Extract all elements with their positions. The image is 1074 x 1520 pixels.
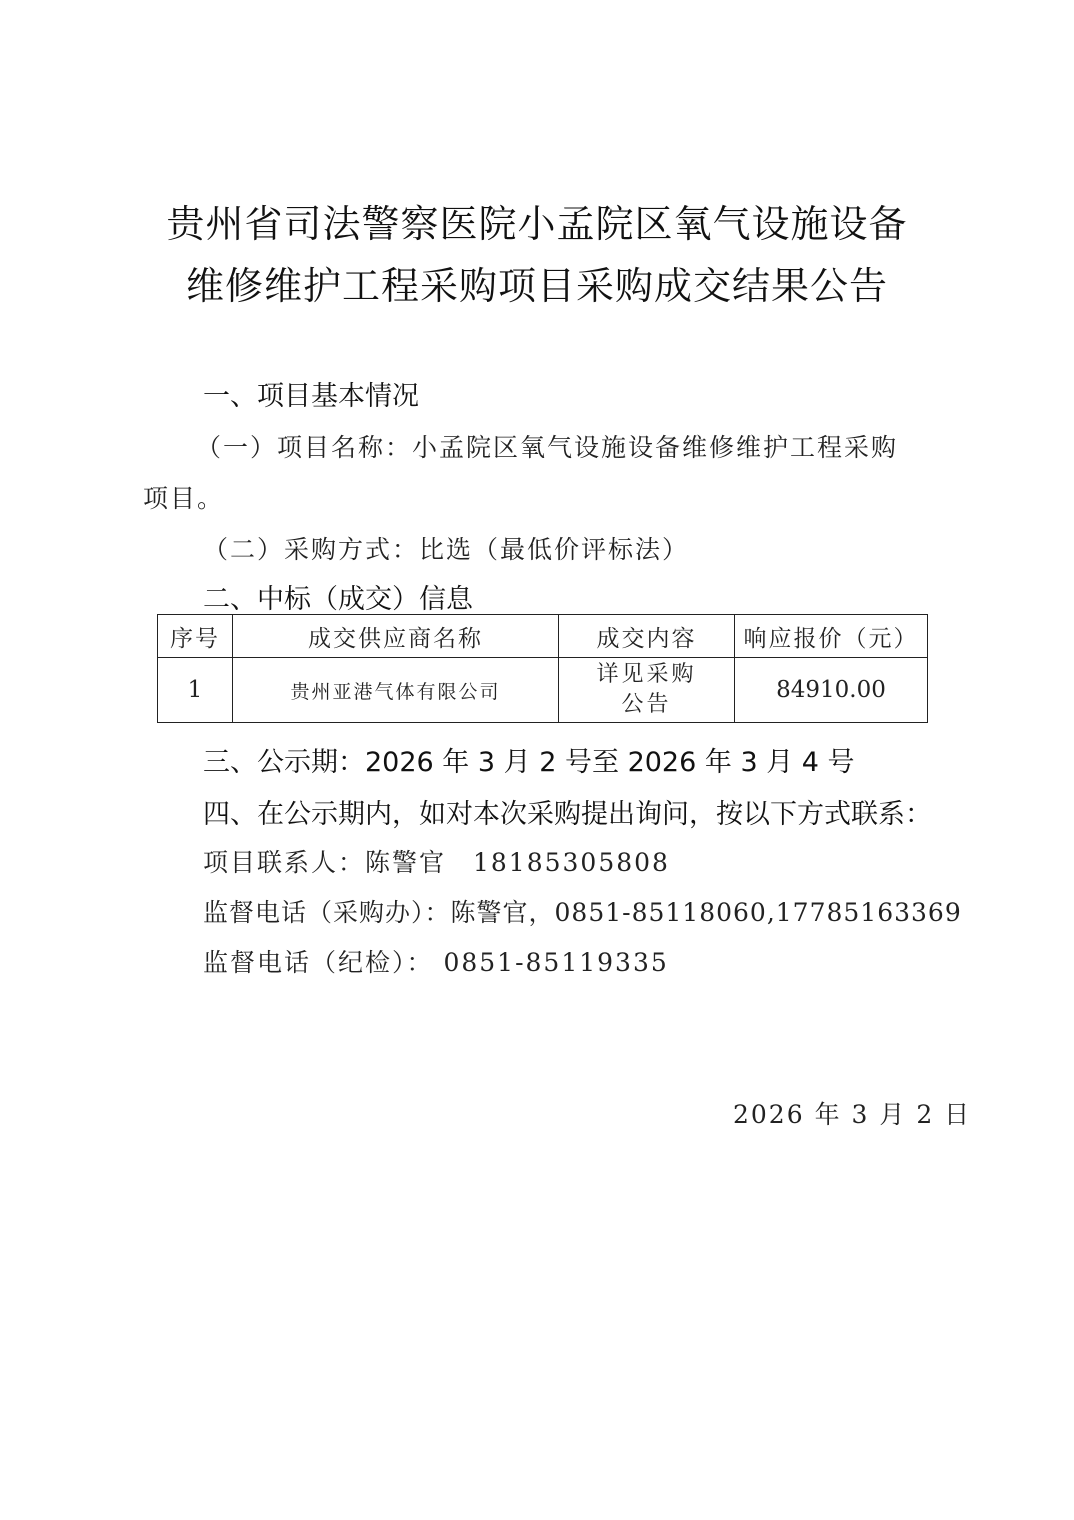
project-name-line-1: （一）项目名称：小孟院区氧气设施设备维修维护工程采购 bbox=[196, 428, 898, 464]
table-header-row: 序号 成交供应商名称 成交内容 响应报价（元） bbox=[158, 615, 928, 658]
cell-content-line-1: 详见采购 bbox=[559, 660, 734, 690]
section-2-heading: 二、中标（成交）信息 bbox=[203, 577, 473, 616]
announcement-date: 2026 年 3 月 2 日 bbox=[733, 1095, 971, 1131]
cell-supplier: 贵州亚港气体有限公司 bbox=[233, 658, 559, 723]
document-title-line-1: 贵州省司法警察医院小孟院区氧气设施设备 bbox=[0, 193, 1074, 248]
award-table: 序号 成交供应商名称 成交内容 响应报价（元） 1 贵州亚港气体有限公司 详见采… bbox=[157, 614, 928, 723]
header-content: 成交内容 bbox=[559, 615, 735, 658]
cell-content-line-2: 公告 bbox=[559, 690, 734, 720]
cell-content: 详见采购 公告 bbox=[559, 658, 735, 723]
section-4-heading: 四、在公示期内，如对本次采购提出询问，按以下方式联系： bbox=[203, 792, 932, 831]
project-contact: 项目联系人：陈警官 18185305808 bbox=[203, 843, 670, 879]
section-3-publicity-period: 三、公示期：2026 年 3 月 2 号至 2026 年 3 月 4 号 bbox=[203, 740, 855, 779]
header-price: 响应报价（元） bbox=[735, 615, 928, 658]
table-row: 1 贵州亚港气体有限公司 详见采购 公告 84910.00 bbox=[158, 658, 928, 723]
document-title-line-2: 维修维护工程采购项目采购成交结果公告 bbox=[0, 255, 1074, 310]
cell-price: 84910.00 bbox=[735, 658, 928, 723]
header-no: 序号 bbox=[158, 615, 233, 658]
procurement-method: （二）采购方式：比选（最低价评标法） bbox=[203, 530, 689, 566]
header-supplier: 成交供应商名称 bbox=[233, 615, 559, 658]
section-1-heading: 一、项目基本情况 bbox=[203, 374, 419, 413]
cell-no: 1 bbox=[158, 658, 233, 723]
supervision-phone-discipline: 监督电话（纪检）： 0851-85119335 bbox=[203, 943, 669, 979]
project-name-line-2: 项目。 bbox=[143, 479, 224, 515]
supervision-phone-purchase-office: 监督电话（采购办）：陈警官，0851-85118060,17785163369 bbox=[203, 893, 962, 929]
